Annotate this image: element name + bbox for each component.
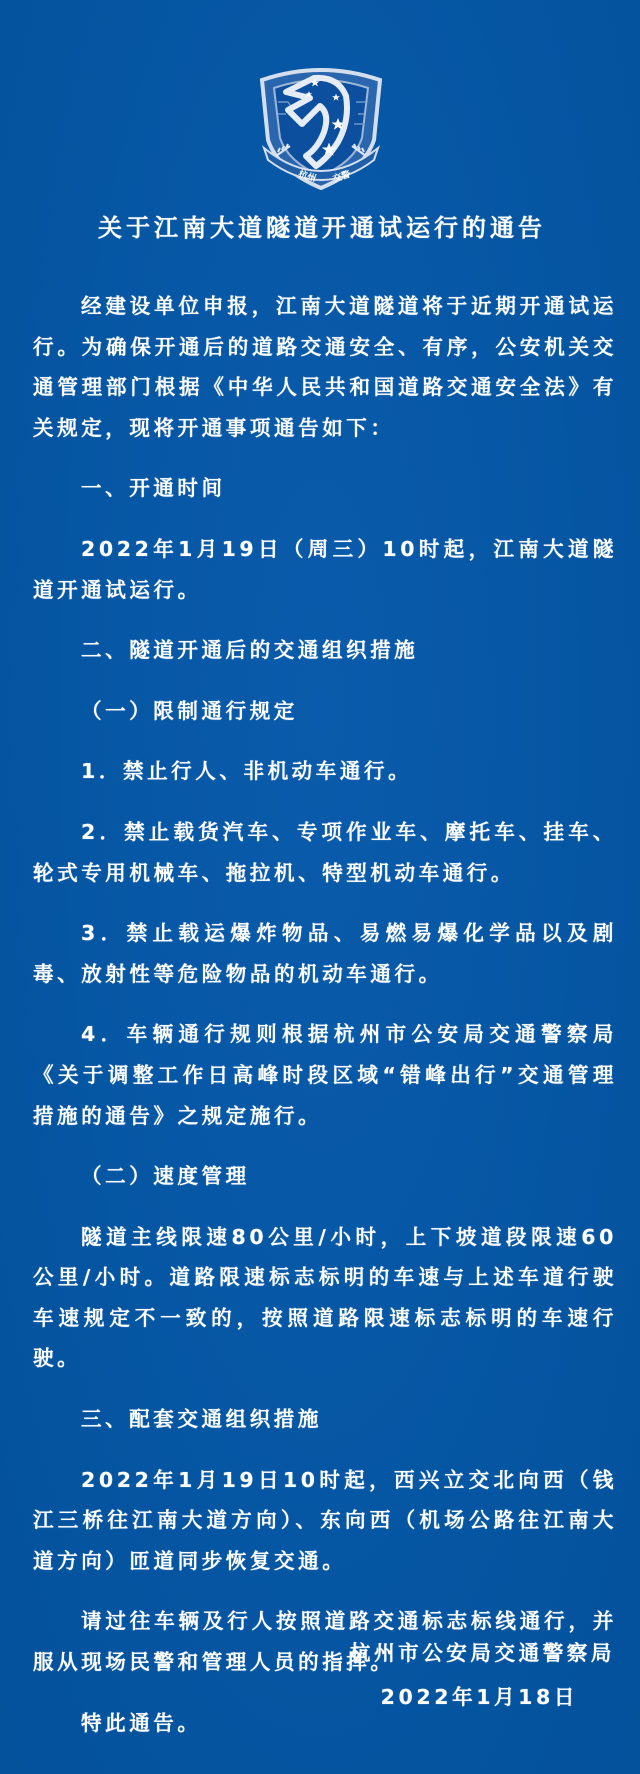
intro-paragraph: 经建设单位申报，江南大道隧道将于近期开通试运行。为确保开通后的道路交通安全、有序… [33,286,617,448]
restriction-item-3: 3．禁止载运爆炸物品、易燃易爆化学品以及剧毒、放射性等危险物品的机动车通行。 [33,913,617,994]
subsection-heading-restrictions: （一）限制通行规定 [33,691,617,732]
notice-page: 杭州 交警 关于江南大道隧道开通试运行的通告 经建设单位申报，江南大道隧道将于近… [0,0,640,1774]
hangzhou-traffic-police-badge-icon: 杭州 交警 [254,62,388,190]
ramp-reopening-paragraph: 2022年1月19日10时起，西兴立交北向西（钱江三桥往江南大道方向）、东向西（… [33,1460,617,1582]
speed-limit-paragraph: 隧道主线限速80公里/小时，上下坡道段限速60公里/小时。道路限速标志标明的车速… [33,1217,617,1379]
signature-date: 2022年1月18日 [0,1679,578,1715]
notice-body: 经建设单位申报，江南大道隧道将于近期开通试运行。为确保开通后的道路交通安全、有序… [33,286,617,1763]
section-heading-supporting-measures: 三、配套交通组织措施 [33,1399,617,1440]
subsection-heading-speed: （二）速度管理 [33,1156,617,1197]
opening-time-paragraph: 2022年1月19日（周三）10时起，江南大道隧道开通试运行。 [33,529,617,610]
restriction-item-4: 4．车辆通行规则根据杭州市公安局交通警察局《关于调整工作日高峰时段区域“错峰出行… [33,1014,617,1136]
section-heading-traffic-measures: 二、隧道开通后的交通组织措施 [33,630,617,671]
signature-organization: 杭州市公安局交通警察局 [0,1635,615,1671]
restriction-item-2: 2．禁止载货汽车、专项作业车、摩托车、挂车、轮式专用机械车、拖拉机、特型机动车通… [33,812,617,893]
notice-title: 关于江南大道隧道开通试运行的通告 [0,210,640,246]
restriction-item-1: 1．禁止行人、非机动车通行。 [33,751,617,792]
section-heading-opening-time: 一、开通时间 [33,468,617,509]
